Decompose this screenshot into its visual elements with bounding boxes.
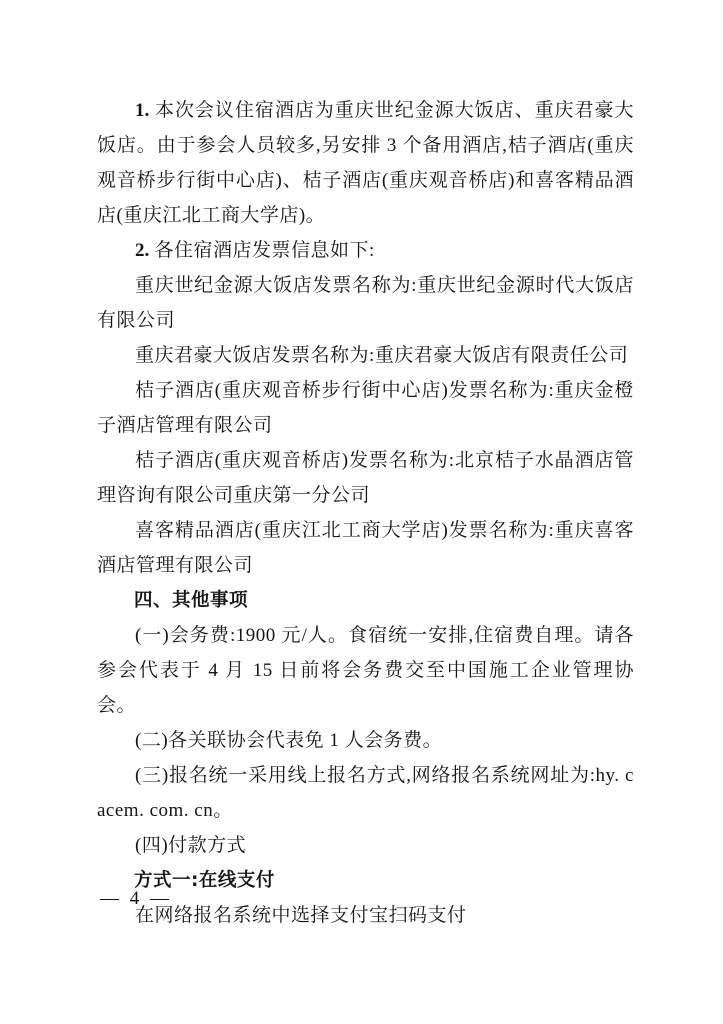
paragraph-text: 重庆君豪大饭店发票名称为:重庆君豪大饭店有限责任公司 [135, 345, 628, 366]
paragraph: 2. 各住宿酒店发票信息如下: [97, 233, 634, 268]
paragraph-text: 本次会议住宿酒店为重庆世纪金源大饭店、重庆君豪大饭店。由于参会人员较多,另安排 … [97, 100, 634, 226]
paragraph-text: (三)报名统一采用线上报名方式,网络报名系统网址为:hy. cacem. com… [97, 765, 634, 821]
paragraph-text: 喜客精品酒店(重庆江北工商大学店)发票名称为:重庆喜客酒店管理有限公司 [97, 520, 634, 576]
paragraph: (三)报名统一采用线上报名方式,网络报名系统网址为:hy. cacem. com… [97, 758, 634, 828]
section-heading-text: 四、其他事项 [134, 590, 248, 611]
paragraph-text: (二)各关联协会代表免 1 人会务费。 [135, 730, 442, 751]
section-heading: 四、其他事项 [97, 583, 634, 618]
paragraph-text: 各住宿酒店发票信息如下: [149, 240, 375, 261]
list-number: 1. [135, 100, 149, 121]
paragraph-text: 桔子酒店(重庆观音桥步行街中心店)发票名称为:重庆金橙子酒店管理有限公司 [97, 380, 634, 436]
paragraph: 桔子酒店(重庆观音桥步行街中心店)发票名称为:重庆金橙子酒店管理有限公司 [97, 373, 634, 443]
paragraph-text: 桔子酒店(重庆观音桥店)发票名称为:北京桔子水晶酒店管理咨询有限公司重庆第一分公… [97, 450, 634, 506]
paragraph-text: (四)付款方式 [135, 835, 246, 856]
list-number: 2. [135, 240, 149, 261]
document-body: 1. 本次会议住宿酒店为重庆世纪金源大饭店、重庆君豪大饭店。由于参会人员较多,另… [97, 93, 634, 933]
paragraph: (二)各关联协会代表免 1 人会务费。 [97, 723, 634, 758]
paragraph-text: (一)会务费:1900 元/人。食宿统一安排,住宿费自理。请各参会代表于 4 月… [97, 625, 634, 716]
paragraph-text: 在网络报名系统中选择支付宝扫码支付 [135, 905, 467, 926]
paragraph: 重庆世纪金源大饭店发票名称为:重庆世纪金源时代大饭店有限公司 [97, 268, 634, 338]
paragraph: 在网络报名系统中选择支付宝扫码支付 [97, 898, 634, 933]
page-number: — 4 — [100, 888, 172, 910]
paragraph: (一)会务费:1900 元/人。食宿统一安排,住宿费自理。请各参会代表于 4 月… [97, 618, 634, 723]
paragraph: 喜客精品酒店(重庆江北工商大学店)发票名称为:重庆喜客酒店管理有限公司 [97, 513, 634, 583]
paragraph: 1. 本次会议住宿酒店为重庆世纪金源大饭店、重庆君豪大饭店。由于参会人员较多,另… [97, 93, 634, 233]
document-page: 1. 本次会议住宿酒店为重庆世纪金源大饭店、重庆君豪大饭店。由于参会人员较多,另… [0, 0, 723, 1024]
paragraph: (四)付款方式 [97, 828, 634, 863]
paragraph: 重庆君豪大饭店发票名称为:重庆君豪大饭店有限责任公司 [97, 338, 634, 373]
paragraph-text: 重庆世纪金源大饭店发票名称为:重庆世纪金源时代大饭店有限公司 [97, 275, 634, 331]
subsection-heading: 方式一:在线支付 [97, 863, 634, 898]
paragraph: 桔子酒店(重庆观音桥店)发票名称为:北京桔子水晶酒店管理咨询有限公司重庆第一分公… [97, 443, 634, 513]
